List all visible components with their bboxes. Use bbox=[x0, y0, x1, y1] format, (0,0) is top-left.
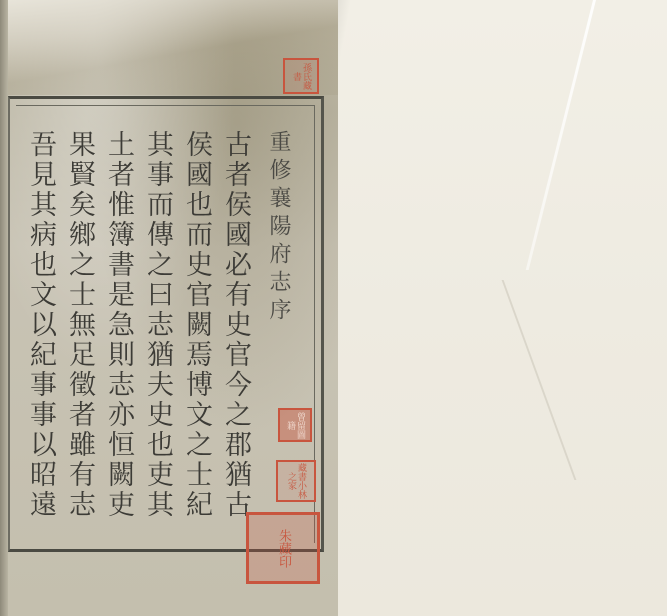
seal-stamp-top: 孫氏藏書 bbox=[283, 58, 319, 94]
paper-crease bbox=[526, 0, 596, 270]
seal-stamp-3: 朱藏印 bbox=[246, 512, 320, 584]
text-column-4: 土者惟簿書是急則志亦恒闕吏 bbox=[99, 130, 138, 550]
text-column-3: 其事而傳之曰志猶夫史也吏其 bbox=[138, 130, 177, 550]
page-edge bbox=[0, 0, 8, 616]
seal-stamp-2: 藏書小林之家 bbox=[276, 460, 316, 502]
text-column-5: 果賢矣鄉之士無足徵者雖有志 bbox=[60, 130, 99, 550]
book-spread: 孫氏藏書 重修襄陽府志序 古者侯國必有史官今之郡猶古 侯國也而史官闕焉博文之士紀… bbox=[0, 0, 667, 616]
right-page-blank bbox=[338, 0, 667, 616]
text-column-2: 侯國也而史官闕焉博文之士紀 bbox=[177, 130, 216, 550]
paper-crease-lower bbox=[502, 280, 577, 480]
left-page: 孫氏藏書 重修襄陽府志序 古者侯國必有史官今之郡猶古 侯國也而史官闕焉博文之士紀… bbox=[0, 0, 338, 616]
seal-stamp-1: 曾留圖籍 bbox=[278, 408, 312, 442]
text-columns: 重修襄陽府志序 古者侯國必有史官今之郡猶古 侯國也而史官闕焉博文之士紀 其事而傳… bbox=[21, 130, 298, 550]
text-column-1: 古者侯國必有史官今之郡猶古 bbox=[216, 130, 255, 550]
text-column-6: 吾見其病也文以紀事事以昭遠 bbox=[21, 130, 60, 550]
